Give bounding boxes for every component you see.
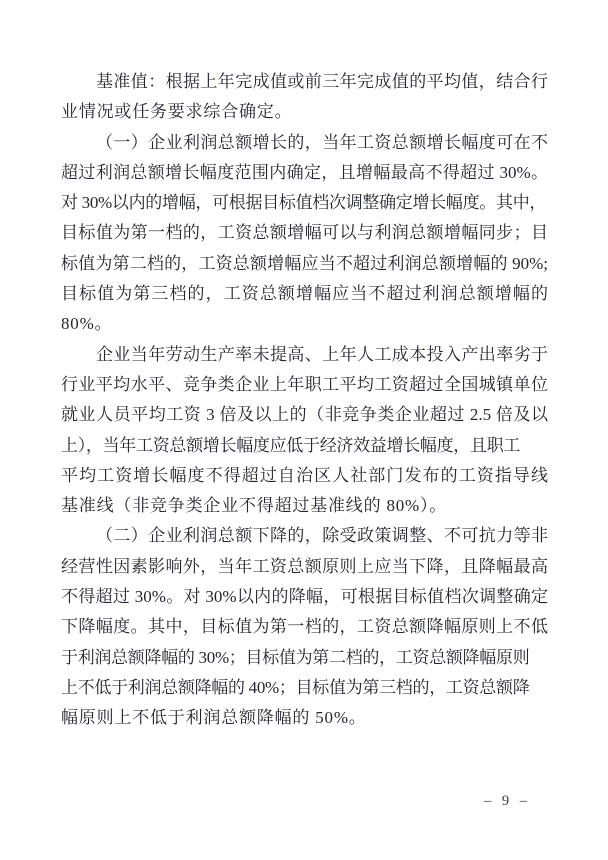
doc-line: （二）企业利润总额下降的，除受政策调整、不可抗力等非 (61, 521, 548, 551)
doc-line: 80%。 (61, 309, 548, 339)
doc-line: 下降幅度。其中，目标值为第一档的，工资总额降幅原则上不低 (61, 612, 548, 642)
doc-line: 行业平均水平、竞争类企业上年职工平均工资超过全国城镇单位 (61, 370, 548, 400)
doc-line: 对 30%以内的增幅，可根据目标值档次调整确定增长幅度。其中， (61, 188, 548, 218)
doc-line: 业情况或任务要求综合确定。 (61, 97, 548, 127)
doc-line: 企业当年劳动生产率未提高、上年人工成本投入产出率劣于 (61, 340, 548, 370)
doc-line: 平均工资增长幅度不得超过自治区人社部门发布的工资指导线 (61, 461, 548, 491)
page-number: – 9 – (484, 793, 529, 810)
text-block: 基准值：根据上年完成值或前三年完成值的平均值，结合行 业情况或任务要求综合确定。… (61, 67, 548, 734)
doc-line: 上），当年工资总额增长幅度应低于经济效益增长幅度，且职工 (61, 431, 548, 461)
doc-line: 目标值为第三档的，工资总额增幅应当不超过利润总额增幅的 (61, 279, 548, 309)
doc-line: 基准线（非竞争类企业不得超过基准线的 80%）。 (61, 491, 548, 521)
doc-line: 不得超过 30%。对 30%以内的降幅，可根据目标值档次调整确定 (61, 582, 548, 612)
doc-line: （一）企业利润总额增长的，当年工资总额增长幅度可在不 (61, 128, 548, 158)
doc-line: 幅原则上不低于利润总额降幅的 50%。 (61, 703, 548, 733)
doc-line: 标值为第二档的，工资总额增幅应当不超过利润总额增幅的 90%; (61, 249, 548, 279)
doc-line: 于利润总额降幅的 30%；目标值为第二档的，工资总额降幅原则 (61, 643, 548, 673)
doc-line: 上不低于利润总额降幅的 40%；目标值为第三档的，工资总额降 (61, 673, 548, 703)
doc-line: 超过利润总额增长幅度范围内确定，且增幅最高不得超过 30%。 (61, 158, 548, 188)
doc-line: 目标值为第一档的，工资总额增幅可以与利润总额增幅同步；目 (61, 218, 548, 248)
doc-line: 基准值：根据上年完成值或前三年完成值的平均值，结合行 (61, 67, 548, 97)
doc-line: 经营性因素影响外，当年工资总额原则上应当下降，且降幅最高 (61, 552, 548, 582)
doc-line: 就业人员平均工资 3 倍及以上的（非竞争类企业超过 2.5 倍及以 (61, 400, 548, 430)
document-page: 基准值：根据上年完成值或前三年完成值的平均值，结合行 业情况或任务要求综合确定。… (0, 0, 608, 860)
